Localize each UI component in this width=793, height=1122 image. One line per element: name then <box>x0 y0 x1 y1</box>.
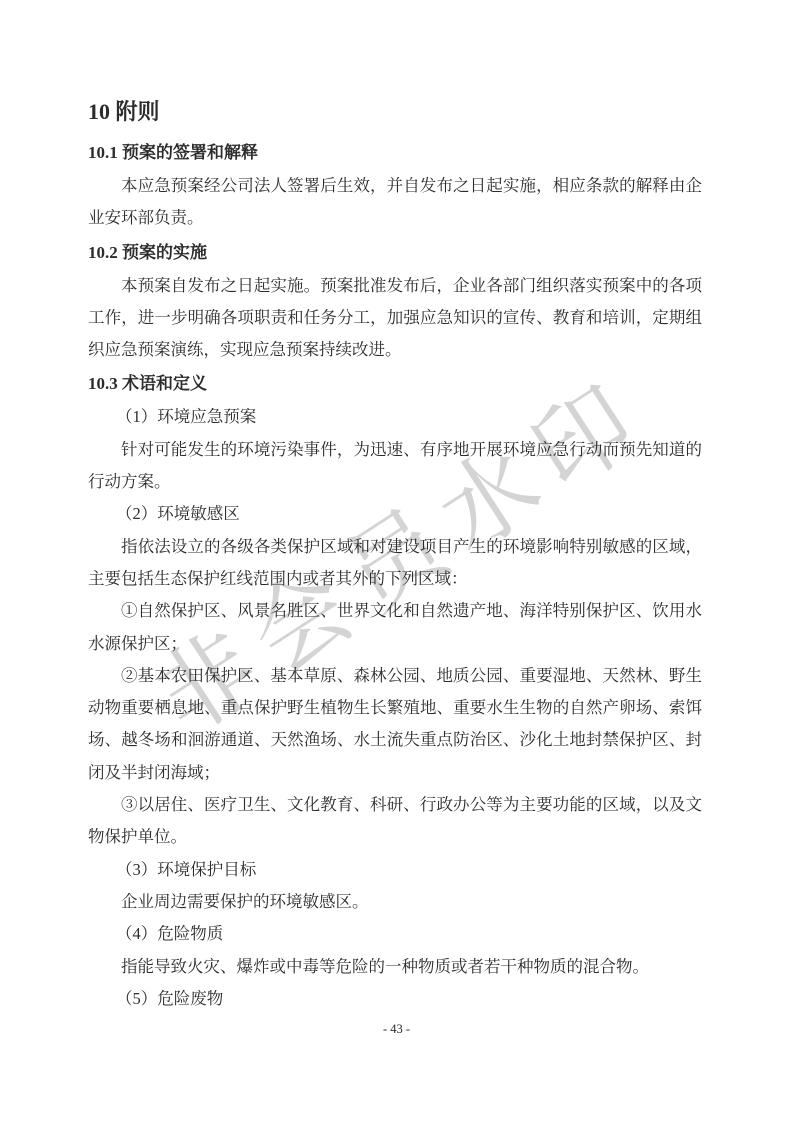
page-content: 10 附则 10.1 预案的签署和解释 本应急预案经公司法人签署后生效，并自发布… <box>88 96 702 1015</box>
term-definition-3: 企业周边需要保护的环境敏感区。 <box>88 886 702 918</box>
term-2-subitem-2: ②基本农田保护区、基本草原、森林公园、地质公园、重要湿地、天然林、野生动物重要栖… <box>88 660 702 789</box>
page-number: - 43 - <box>0 1022 793 1037</box>
term-label-1: （1）环境应急预案 <box>88 401 702 433</box>
section-heading-10-2: 10.2 预案的实施 <box>88 240 702 266</box>
term-definition-1: 针对可能发生的环境污染事件，为迅速、有序地开展环境应急行动而预先知道的行动方案。 <box>88 434 702 499</box>
chapter-heading: 10 附则 <box>88 96 702 127</box>
term-label-3: （3）环境保护目标 <box>88 854 702 886</box>
paragraph-10-1: 本应急预案经公司法人签署后生效，并自发布之日起实施，相应条款的解释由企业安环部负… <box>88 170 702 235</box>
section-heading-10-1: 10.1 预案的签署和解释 <box>88 140 702 166</box>
term-label-4: （4）危险物质 <box>88 918 702 950</box>
document-page: 非会员水印 10 附则 10.1 预案的签署和解释 本应急预案经公司法人签署后生… <box>0 0 793 1122</box>
term-label-2: （2）环境敏感区 <box>88 498 702 530</box>
term-label-5: （5）危险废物 <box>88 983 702 1015</box>
term-definition-2: 指依法设立的各级各类保护区域和对建设项目产生的环境影响特别敏感的区域，主要包括生… <box>88 531 702 596</box>
section-heading-10-3: 10.3 术语和定义 <box>88 371 702 397</box>
term-definition-4: 指能导致火灾、爆炸或中毒等危险的一种物质或者若干种物质的混合物。 <box>88 951 702 983</box>
term-2-subitem-1: ①自然保护区、风景名胜区、世界文化和自然遗产地、海洋特别保护区、饮用水水源保护区… <box>88 595 702 660</box>
term-2-subitem-3: ③以居住、医疗卫生、文化教育、科研、行政办公等为主要功能的区域，以及文物保护单位… <box>88 789 702 854</box>
paragraph-10-2: 本预案自发布之日起实施。预案批准发布后，企业各部门组织落实预案中的各项工作，进一… <box>88 270 702 367</box>
